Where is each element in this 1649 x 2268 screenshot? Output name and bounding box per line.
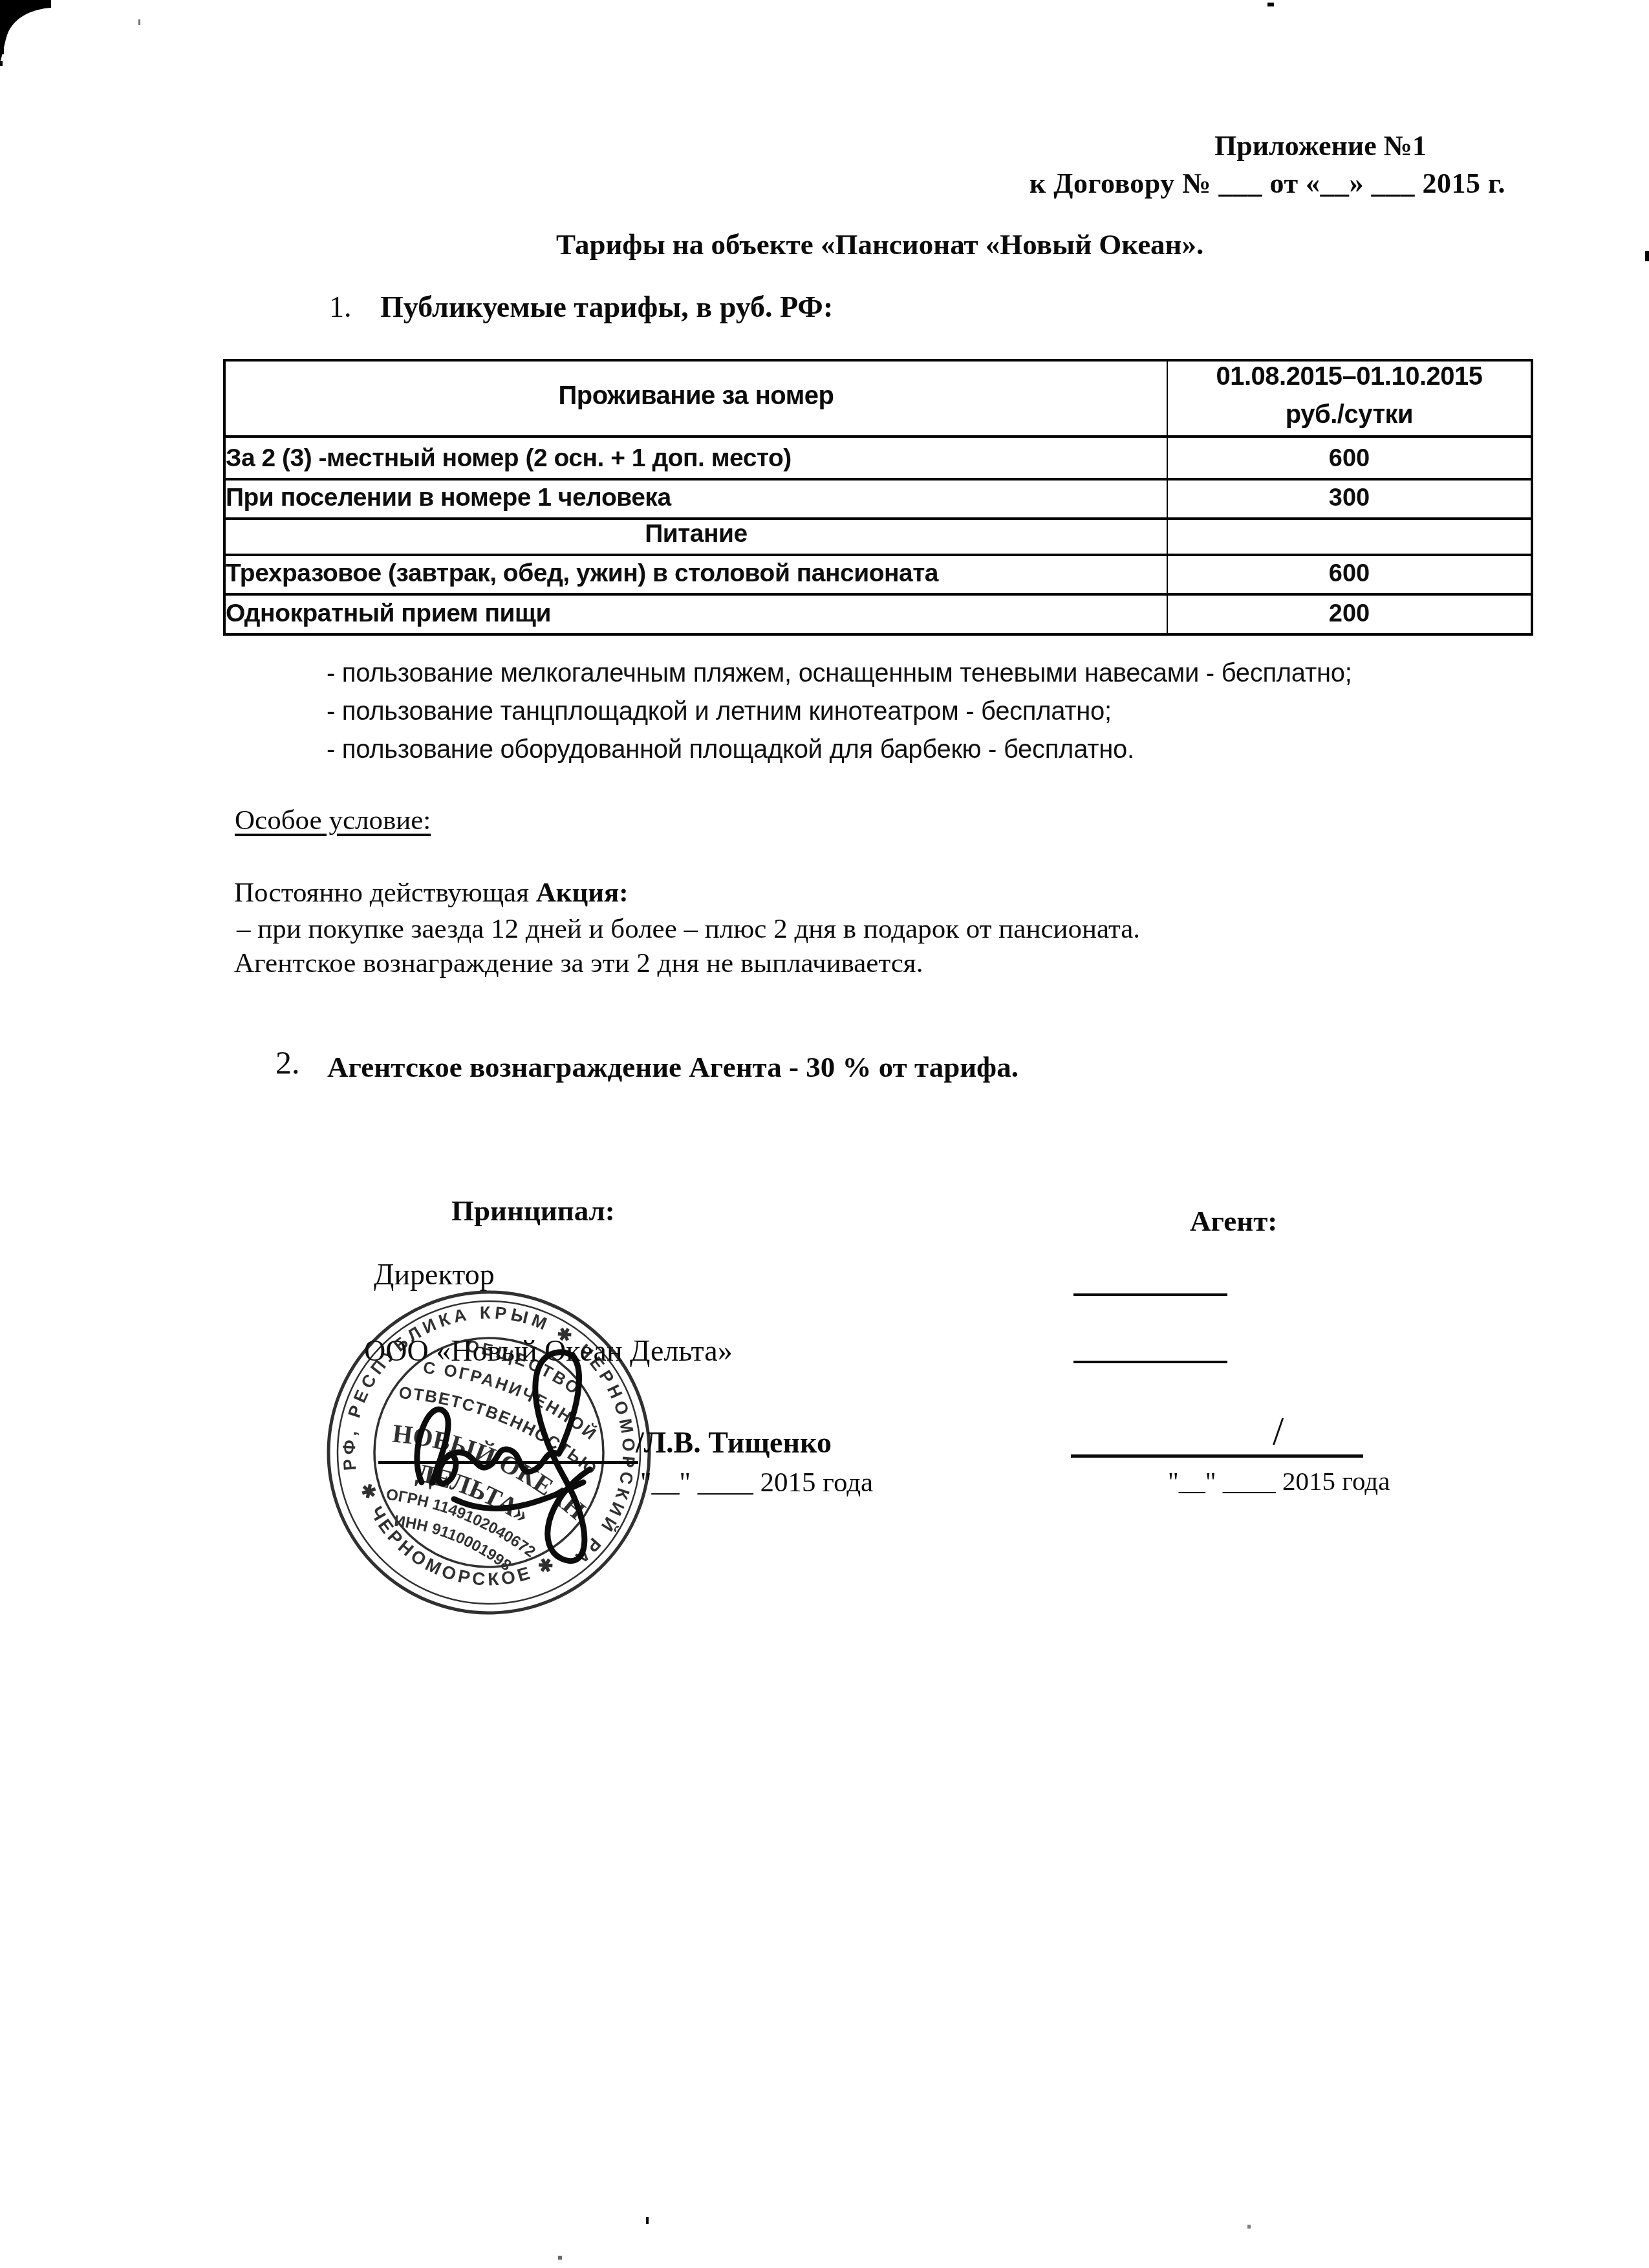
principal-label: Принципал: bbox=[451, 1194, 615, 1227]
table-row: При поселении в номере 1 человека 300 bbox=[224, 479, 1532, 519]
section-1-heading: Публикуемые тарифы, в руб. РФ: bbox=[380, 290, 833, 324]
agent-signature-line bbox=[1071, 1454, 1363, 1458]
promo-intro-bold: Акция: bbox=[536, 878, 629, 908]
free-services-list: - пользование мелкогалечным пляжем, осна… bbox=[327, 654, 1352, 769]
scan-speck bbox=[0, 47, 4, 54]
handwritten-signature bbox=[349, 1319, 660, 1591]
table-cell-label: Однократный прием пищи bbox=[224, 594, 1167, 634]
table-cell-value: 600 bbox=[1167, 437, 1532, 479]
table-header-col2-period: 01.08.2015–01.10.2015 bbox=[1168, 362, 1531, 391]
table-cell-label: За 2 (3) -местный номер (2 осн. + 1 доп.… bbox=[224, 437, 1167, 479]
scanned-document-page: Приложение №1 к Договору № ___ от «__» _… bbox=[0, 0, 1649, 2268]
document-title: Тарифы на объекте «Пансионат «Новый Океа… bbox=[556, 228, 1203, 261]
scan-speck bbox=[0, 61, 3, 66]
table-section-row: Питание bbox=[224, 519, 1532, 555]
principal-signature-line bbox=[378, 1461, 638, 1464]
principal-date-line: "__" ____ 2015 года bbox=[640, 1467, 873, 1498]
table-section-label: Питание bbox=[224, 519, 1167, 555]
table-header-col2-unit: руб./сутки bbox=[1168, 400, 1531, 429]
contract-reference-line: к Договору № ___ от «__» ___ 2015 г. bbox=[1029, 167, 1505, 200]
agent-label: Агент: bbox=[1190, 1204, 1277, 1238]
principal-signatory-name: /Л.В. Тищенко bbox=[636, 1425, 832, 1460]
table-cell-label: Трехразовое (завтрак, обед, ужин) в стол… bbox=[224, 555, 1167, 594]
tariff-table: Проживание за номер 01.08.2015–01.10.201… bbox=[223, 359, 1533, 636]
scan-speck bbox=[138, 19, 140, 25]
list-item: - пользование оборудованной площадкой дл… bbox=[327, 731, 1352, 769]
promo-intro-text: Постоянно действующая bbox=[234, 878, 536, 908]
scan-speck bbox=[1247, 2225, 1251, 2229]
section-2-number: 2. bbox=[275, 1044, 300, 1081]
table-cell-value bbox=[1167, 519, 1532, 555]
agent-date-line: "__" ____ 2015 года bbox=[1168, 1465, 1390, 1496]
table-cell-label: При поселении в номере 1 человека bbox=[224, 479, 1167, 519]
scan-corner-artifact bbox=[0, 0, 78, 78]
list-item: - пользование танцплощадкой и летним кин… bbox=[327, 693, 1352, 731]
special-condition-heading: Особое условие: bbox=[235, 805, 431, 836]
section-1-number: 1. bbox=[329, 290, 352, 324]
table-row: За 2 (3) -местный номер (2 осн. + 1 доп.… bbox=[224, 437, 1532, 479]
section-2-heading: Агентское вознаграждение Агента - 30 % о… bbox=[327, 1050, 1018, 1084]
scan-speck bbox=[1267, 3, 1274, 6]
table-header-col1: Проживание за номер bbox=[226, 382, 1167, 411]
scan-speck bbox=[646, 2217, 649, 2224]
agent-name-separator-slash: / bbox=[1273, 1409, 1284, 1454]
scan-speck bbox=[558, 2256, 562, 2260]
table-row: Однократный прием пищи 200 bbox=[224, 594, 1532, 634]
promo-intro-line: Постоянно действующая Акция: bbox=[234, 877, 629, 909]
table-row: Трехразовое (завтрак, обед, ужин) в стол… bbox=[224, 555, 1532, 594]
table-cell-value: 600 bbox=[1167, 555, 1532, 594]
agent-blank-line-2 bbox=[1073, 1361, 1227, 1363]
appendix-heading: Приложение №1 bbox=[1214, 129, 1427, 162]
promo-condition-line: – при покупке заезда 12 дней и более – п… bbox=[237, 913, 1140, 945]
scan-speck bbox=[1645, 251, 1649, 261]
table-header-row: Проживание за номер 01.08.2015–01.10.201… bbox=[224, 360, 1532, 437]
agent-blank-line-1 bbox=[1073, 1293, 1227, 1296]
promo-note-line: Агентское вознаграждение за эти 2 дня не… bbox=[234, 947, 923, 979]
table-cell-value: 300 bbox=[1167, 479, 1532, 519]
list-item: - пользование мелкогалечным пляжем, осна… bbox=[327, 654, 1352, 693]
table-cell-value: 200 bbox=[1167, 594, 1532, 634]
